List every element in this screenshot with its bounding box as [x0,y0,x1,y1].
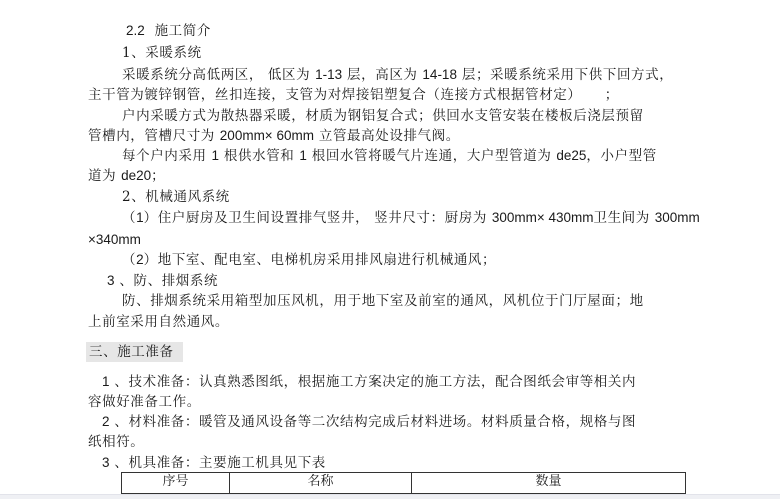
smoke-para-line2: 上前室采用自然通风。 [88,314,229,330]
prep-item1-line1: 1 、技术准备：认真熟悉图纸，根据施工方案决定的施工方法，配合图纸会审等相关内 [102,374,636,390]
heating-para3-line2: 道为 de20； [88,168,165,184]
ventilation-item1-line2: ×340mm [88,232,141,248]
tools-table: 序号 名称 数量 [121,472,686,494]
ventilation-item1-line1: （1）住户厨房及卫生间设置排气竖井， 竖井尺寸：厨房为 300mm× 430mm… [122,210,700,226]
section-heading-2-2: 2.2 施工简介 [126,23,211,39]
header-cell-name: 名称 [230,473,412,494]
heating-para3-line1: 每个户内采用 1 根供水管和 1 根回水管将暖气片连通，大户型管道为 de25，… [122,148,657,164]
prep-item2-line1: 2 、材料准备：暖管及通风设备等二次结构完成后材料进场。材料质量合格，规格与图 [102,414,636,430]
section-3-heading: 三、施工准备 [89,344,174,360]
heating-heading: 1、采暖系统 [122,45,202,61]
table-header-row: 序号 名称 数量 [122,473,686,494]
viewer-bottom-edge [0,494,780,499]
smoke-heading: 3 、防、排烟系统 [107,273,218,289]
header-cell-index: 序号 [122,473,230,494]
ventilation-heading: 2、机械通风系统 [122,189,230,205]
prep-item1-line2: 容做好准备工作。 [88,394,201,410]
prep-item2-line2: 纸相符。 [88,434,144,450]
smoke-para-line1: 防、排烟系统采用箱型加压风机，用于地下室及前室的通风，风机位于门厅屋面；地 [122,293,644,309]
ventilation-item2: （2）地下室、配电室、电梯机房采用排风扇进行机械通风； [122,252,496,268]
header-cell-quantity: 数量 [412,473,686,494]
heating-para1-line2: 主干管为镀锌钢管，丝扣连接，支管为对焊接铝塑复合（连接方式根据管材定）； [88,87,619,103]
heating-para2-line2: 管槽内，管槽尺寸为 200mm× 60mm 立管最高处设排气阀。 [88,128,460,144]
heating-para2-line1: 户内采暖方式为散热器采暖，材质为钢铝复合式；供回水支管安装在楼板后浇层预留 [122,108,644,124]
prep-item3-line1: 3 、机具准备：主要施工机具见下表 [102,455,326,471]
heating-para1-line1: 采暖系统分高低两区， 低区为 1-13 层，高区为 14-18 层；采暖系统采用… [122,67,673,83]
